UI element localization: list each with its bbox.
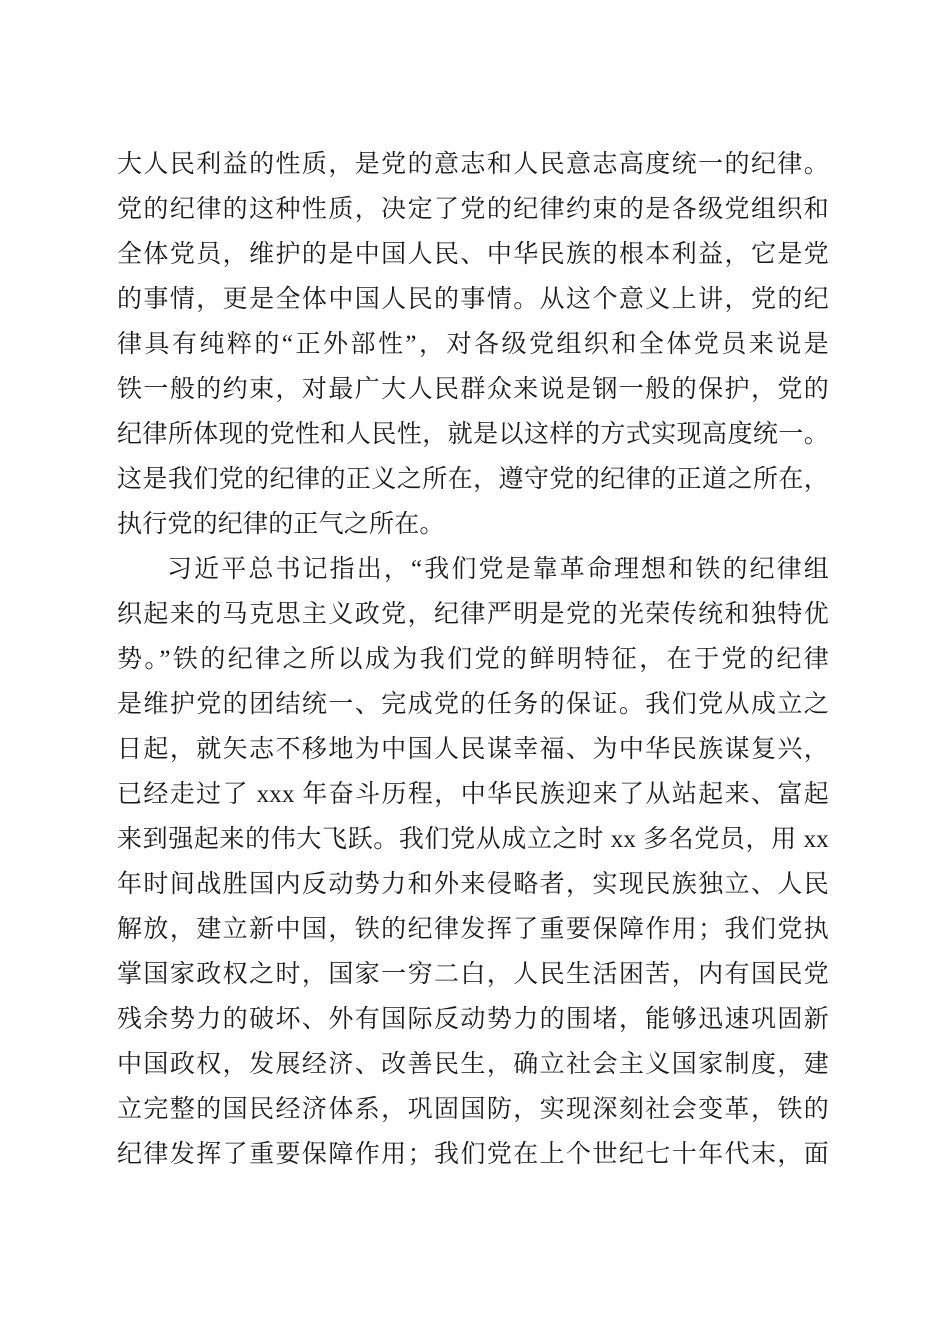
text-line: 是维护党的团结统一、完成党的任务的保证。我们党从成立之: [117, 682, 829, 727]
text-line: 掌国家政权之时，国家一穷二白，人民生活困苦，内有国民党: [117, 952, 829, 997]
text-line: 来到强起来的伟大飞跃。我们党从成立之时 xx 多名党员，用 xx: [117, 817, 829, 862]
text-line: 执行党的纪律的正气之所在。: [117, 502, 829, 547]
text-line: 习近平总书记指出，“我们党是靠革命理想和铁的纪律组: [117, 547, 829, 592]
text-line: 立完整的国民经济体系，巩固国防，实现深刻社会变革，铁的: [117, 1087, 829, 1132]
text-line: 织起来的马克思主义政党，纪律严明是党的光荣传统和独特优: [117, 592, 829, 637]
paragraph-1: 大人民利益的性质，是党的意志和人民意志高度统一的纪律。党的纪律的这种性质，决定了…: [117, 142, 829, 547]
paragraph-2: 习近平总书记指出，“我们党是靠革命理想和铁的纪律组织起来的马克思主义政党，纪律严…: [117, 547, 829, 1177]
text-line: 残余势力的破坏、外有国际反动势力的围堵，能够迅速巩固新: [117, 997, 829, 1042]
text-line: 年时间战胜国内反动势力和外来侵略者，实现民族独立、人民: [117, 862, 829, 907]
text-line: 已经走过了 xxx 年奋斗历程，中华民族迎来了从站起来、富起: [117, 772, 829, 817]
text-line: 的事情，更是全体中国人民的事情。从这个意义上讲，党的纪: [117, 277, 829, 322]
text-line: 律具有纯粹的“正外部性”，对各级党组织和全体党员来说是: [117, 322, 829, 367]
text-line: 铁一般的约束，对最广大人民群众来说是钢一般的保护，党的: [117, 367, 829, 412]
text-line: 纪律发挥了重要保障作用；我们党在上个世纪七十年代末，面: [117, 1132, 829, 1177]
text-line: 纪律所体现的党性和人民性，就是以这样的方式实现高度统一。: [117, 412, 829, 457]
text-line: 中国政权，发展经济、改善民生，确立社会主义国家制度，建: [117, 1042, 829, 1087]
text-line: 这是我们党的纪律的正义之所在，遵守党的纪律的正道之所在，: [117, 457, 829, 502]
document-page: 大人民利益的性质，是党的意志和人民意志高度统一的纪律。党的纪律的这种性质，决定了…: [0, 0, 950, 1344]
text-line: 解放，建立新中国，铁的纪律发挥了重要保障作用；我们党执: [117, 907, 829, 952]
text-line: 势。”铁的纪律之所以成为我们党的鲜明特征，在于党的纪律: [117, 637, 829, 682]
text-line: 党的纪律的这种性质，决定了党的纪律约束的是各级党组织和: [117, 187, 829, 232]
text-line: 全体党员，维护的是中国人民、中华民族的根本利益，它是党: [117, 232, 829, 277]
text-line: 日起，就矢志不移地为中国人民谋幸福、为中华民族谋复兴，: [117, 727, 829, 772]
text-line: 大人民利益的性质，是党的意志和人民意志高度统一的纪律。: [117, 142, 829, 187]
document-text-block: 大人民利益的性质，是党的意志和人民意志高度统一的纪律。党的纪律的这种性质，决定了…: [117, 142, 829, 1177]
